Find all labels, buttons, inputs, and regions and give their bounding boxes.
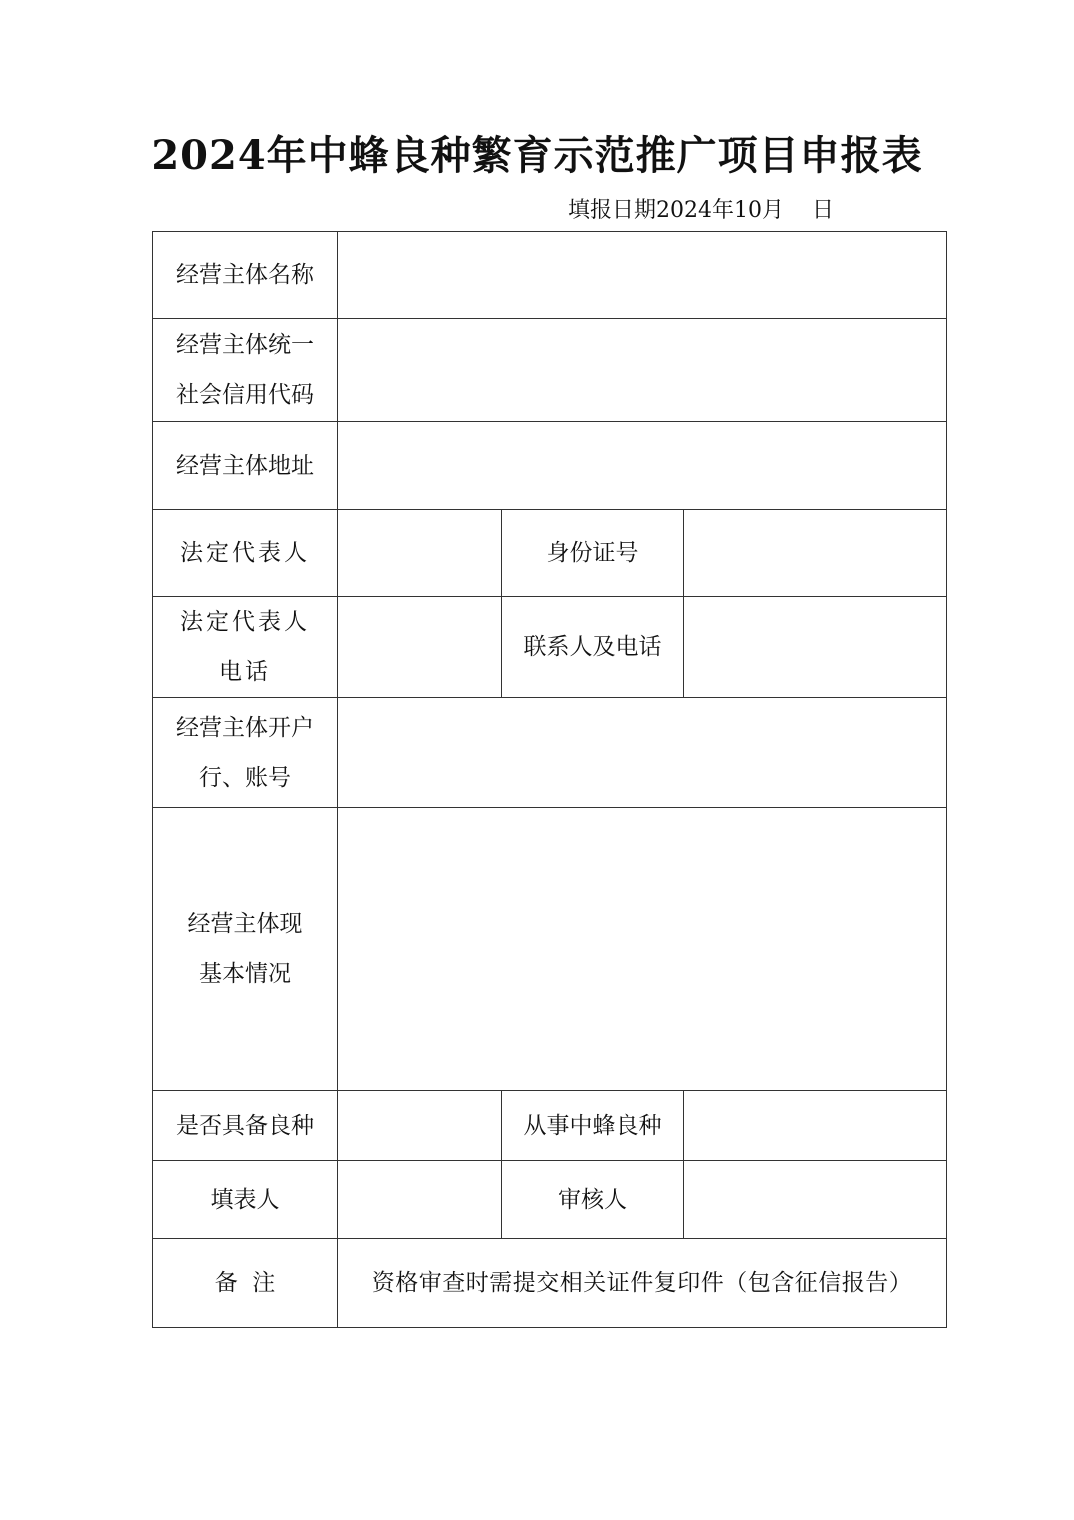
remarks-text: 资格审查时需提交相关证件复印件（包含征信报告）: [338, 1239, 947, 1328]
field-contact-phone[interactable]: [684, 597, 947, 698]
label-line: 经营主体开户: [153, 703, 337, 753]
label-bank-account: 经营主体开户 行、账号: [153, 698, 338, 808]
label-line: 经营主体现: [153, 899, 337, 949]
row-legal-rep-phone: 法定代表人 电话 联系人及电话: [153, 597, 947, 698]
label-line: 电话: [153, 647, 337, 697]
row-credit-code: 经营主体统一 社会信用代码: [153, 319, 947, 422]
field-has-breed[interactable]: [338, 1091, 502, 1161]
row-entity-address: 经营主体地址: [153, 422, 947, 510]
label-entity-name: 经营主体名称: [153, 232, 338, 319]
label-legal-rep-phone: 法定代表人 电话: [153, 597, 338, 698]
label-line: 经营主体统一: [153, 320, 337, 370]
field-reviewer[interactable]: [684, 1161, 947, 1239]
fill-date: 填报日期2024年10月 日: [568, 196, 834, 226]
label-contact-phone: 联系人及电话: [502, 597, 684, 698]
label-credit-code: 经营主体统一 社会信用代码: [153, 319, 338, 422]
field-entity-name[interactable]: [338, 232, 947, 319]
row-bank-account: 经营主体开户 行、账号: [153, 698, 947, 808]
label-has-breed: 是否具备良种: [153, 1091, 338, 1161]
row-remarks: 备 注 资格审查时需提交相关证件复印件（包含征信报告）: [153, 1239, 947, 1328]
label-legal-rep: 法定代表人: [153, 510, 338, 597]
row-breed-status: 是否具备良种 从事中蜂良种: [153, 1091, 947, 1161]
field-id-number[interactable]: [684, 510, 947, 597]
field-legal-rep-phone[interactable]: [338, 597, 502, 698]
row-entity-name: 经营主体名称: [153, 232, 947, 319]
label-basic-situation: 经营主体现 基本情况: [153, 808, 338, 1091]
row-legal-rep: 法定代表人 身份证号: [153, 510, 947, 597]
label-filler: 填表人: [153, 1161, 338, 1239]
label-entity-address: 经营主体地址: [153, 422, 338, 510]
label-line: 社会信用代码: [153, 370, 337, 420]
label-reviewer: 审核人: [502, 1161, 684, 1239]
field-basic-situation[interactable]: [338, 808, 947, 1091]
label-engaged-breed: 从事中蜂良种: [502, 1091, 684, 1161]
row-basic-situation: 经营主体现 基本情况: [153, 808, 947, 1091]
field-credit-code[interactable]: [338, 319, 947, 422]
field-entity-address[interactable]: [338, 422, 947, 510]
label-id-number: 身份证号: [502, 510, 684, 597]
application-form-table: 经营主体名称 经营主体统一 社会信用代码 经营主体地址 法定代表人 身份证号 法…: [152, 231, 947, 1328]
field-engaged-breed[interactable]: [684, 1091, 947, 1161]
label-line: 行、账号: [153, 753, 337, 803]
label-line: 法定代表人: [153, 597, 337, 647]
field-legal-rep[interactable]: [338, 510, 502, 597]
field-filler[interactable]: [338, 1161, 502, 1239]
page-title: 2024年中蜂良种繁育示范推广项目申报表: [0, 130, 1074, 182]
row-signatures: 填表人 审核人: [153, 1161, 947, 1239]
field-bank-account[interactable]: [338, 698, 947, 808]
label-remarks: 备 注: [153, 1239, 338, 1328]
label-line: 基本情况: [153, 949, 337, 999]
